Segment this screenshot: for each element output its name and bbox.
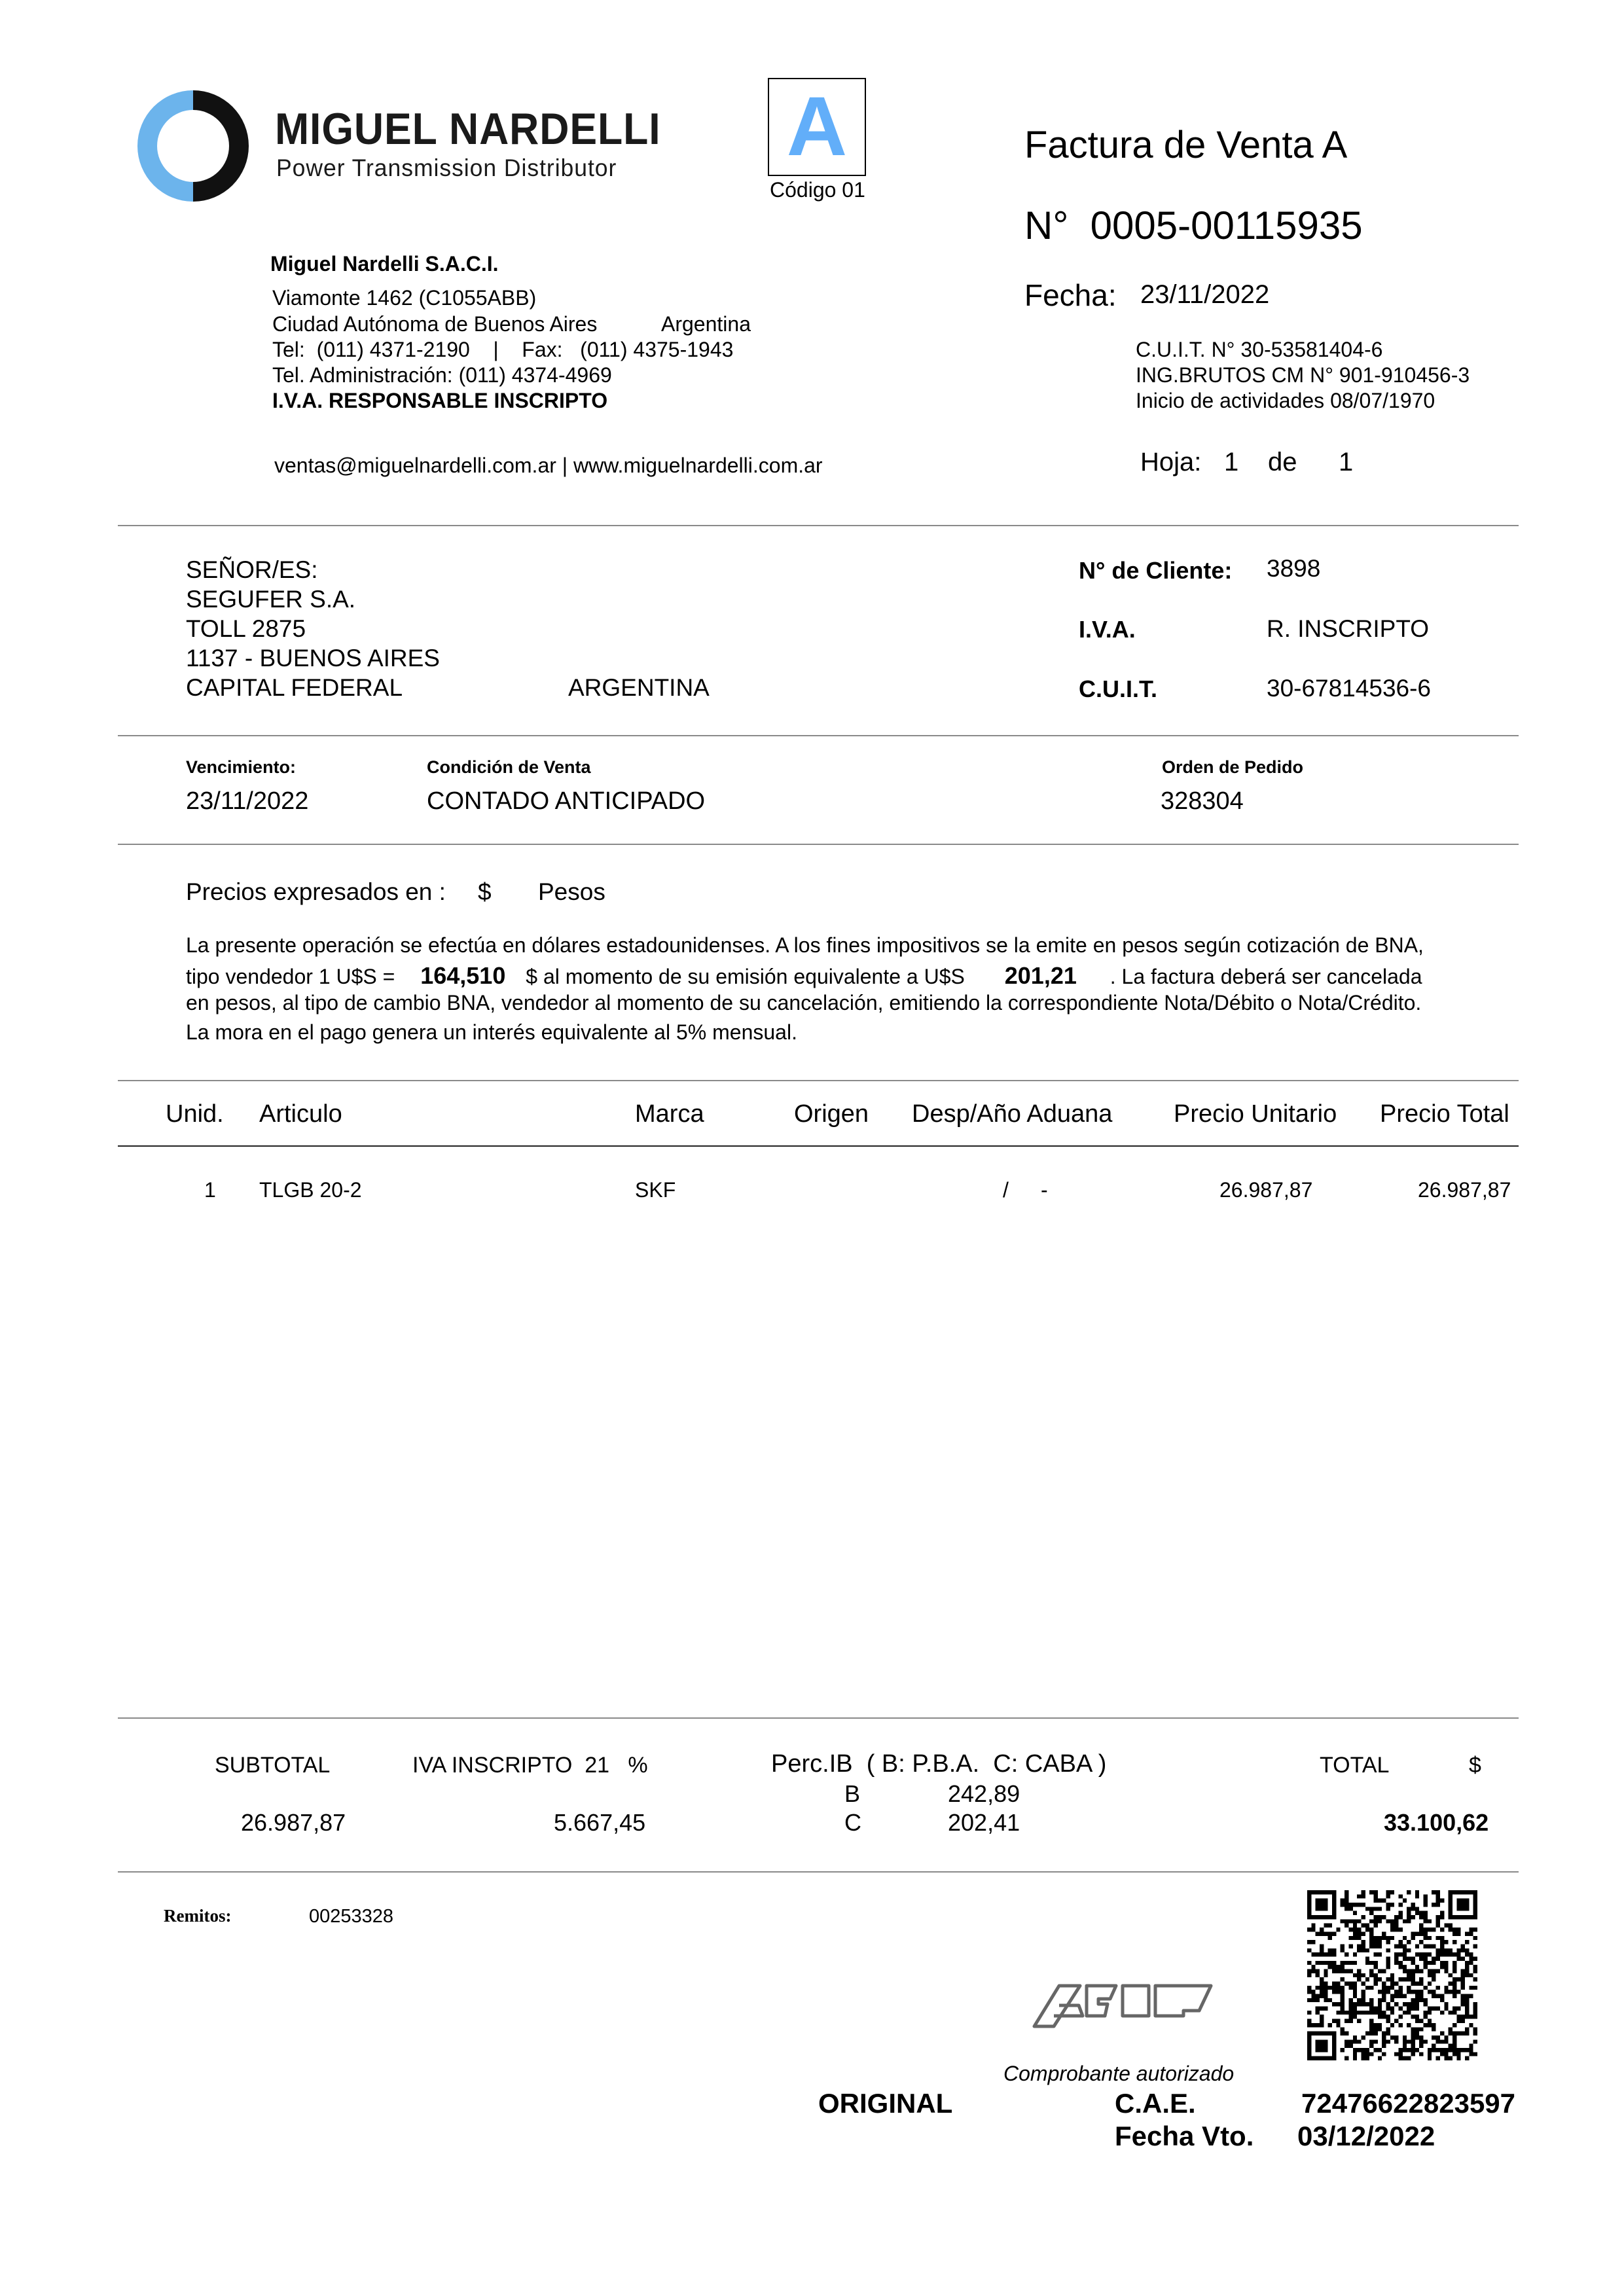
company-cuit: C.U.I.T. N° 30-53581404-6	[1136, 338, 1382, 362]
perc-c-value: 202,41	[948, 1809, 1020, 1837]
company-legal-name: Miguel Nardelli S.A.C.I.	[270, 252, 499, 276]
client-iva: R. INSCRIPTO	[1267, 615, 1429, 643]
usd-amount: 201,21	[1005, 962, 1077, 989]
invoice-date-label: Fecha:	[1024, 278, 1117, 313]
client-cuit-label: C.U.I.T.	[1079, 675, 1157, 703]
notice-rate-mid: $ al momento de su emisión equivalente a…	[526, 965, 965, 988]
divider	[118, 525, 1519, 526]
company-contact: ventas@miguelnardelli.com.ar | www.migue…	[274, 454, 823, 478]
due-date-label: Vencimiento:	[186, 757, 296, 778]
invoice-date: 23/11/2022	[1140, 280, 1269, 310]
due-date: 23/11/2022	[186, 787, 308, 816]
company-admin-phone: Tel. Administración: (011) 4374-4969	[272, 363, 612, 387]
client-name: SEGUFER S.A.	[186, 586, 355, 613]
row-precio-total: 26.987,87	[1418, 1178, 1511, 1202]
perc-ib-label: Perc.IB ( B: P.B.A. C: CABA )	[771, 1750, 1106, 1778]
order-label: Orden de Pedido	[1162, 757, 1303, 778]
client-number-label: N° de Cliente:	[1079, 557, 1232, 584]
company-brand-tagline: Power Transmission Distributor	[276, 154, 617, 182]
client-province: CAPITAL FEDERAL	[186, 674, 403, 702]
notice-line-1: La presente operación se efectúa en dóla…	[186, 933, 1424, 958]
iva-value: 5.667,45	[554, 1809, 645, 1837]
invoice-number: N° 0005-00115935	[1024, 203, 1363, 248]
company-iibb: ING.BRUTOS CM N° 901-910456-3	[1136, 363, 1470, 387]
page-of: de	[1268, 448, 1297, 477]
company-tax-status: I.V.A. RESPONSABLE INSCRIPTO	[272, 389, 607, 413]
row-marca: SKF	[635, 1178, 676, 1202]
notice-rate-prefix: tipo vendedor 1 U$S =	[186, 965, 395, 988]
notice-rate-suffix: . La factura deberá ser cancelada	[1110, 965, 1422, 988]
divider	[118, 1080, 1519, 1081]
row-desp-dash: -	[1041, 1178, 1048, 1202]
company-address: Viamonte 1462 (C1055ABB)	[272, 286, 536, 310]
notice-line-4: La mora en el pago genera un interés equ…	[186, 1020, 797, 1045]
company-country: Argentina	[661, 312, 751, 336]
invoice-number-label: N°	[1024, 204, 1068, 247]
subtotal-value: 26.987,87	[241, 1809, 346, 1837]
qr-code-icon	[1299, 1890, 1485, 2060]
remitos-value: 00253328	[309, 1906, 393, 1928]
client-cuit: 30-67814536-6	[1267, 675, 1431, 702]
perc-c-code: C	[844, 1809, 861, 1837]
notice-line-2: tipo vendedor 1 U$S = 164,510 $ al momen…	[186, 962, 1422, 990]
col-header-precio-total: Precio Total	[1380, 1100, 1509, 1128]
company-logo-ring-icon	[134, 87, 252, 205]
invoice-number-value: 0005-00115935	[1091, 204, 1363, 247]
company-start-date: Inicio de actividades 08/07/1970	[1136, 389, 1435, 413]
currency-name: Pesos	[538, 878, 605, 906]
divider	[118, 735, 1519, 736]
col-header-precio-unitario: Precio Unitario	[1174, 1100, 1337, 1128]
row-desp-slash: /	[1003, 1178, 1009, 1202]
col-header-marca: Marca	[635, 1100, 704, 1128]
col-header-unid: Unid.	[166, 1100, 224, 1128]
remitos-label: Remitos:	[164, 1906, 231, 1926]
company-city: Ciudad Autónoma de Buenos Aires	[272, 312, 597, 336]
subtotal-label: SUBTOTAL	[215, 1753, 330, 1778]
iva-label: IVA INSCRIPTO 21 %	[412, 1753, 648, 1778]
document-title: Factura de Venta A	[1024, 123, 1347, 167]
invoice-letter-box: A	[768, 78, 866, 176]
copy-type: ORIGINAL	[818, 2088, 952, 2119]
total-currency: $	[1469, 1753, 1481, 1778]
divider	[118, 1717, 1519, 1719]
page-total: 1	[1339, 448, 1353, 477]
client-salutation: SEÑOR/ES:	[186, 556, 318, 584]
sale-condition-label: Condición de Venta	[427, 757, 591, 778]
table-header-rule	[118, 1145, 1519, 1147]
notice-line-3: en pesos, al tipo de cambio BNA, vendedo…	[186, 991, 1421, 1015]
client-street: TOLL 2875	[186, 615, 306, 643]
cae-due-label: Fecha Vto.	[1115, 2121, 1254, 2152]
col-header-articulo: Articulo	[259, 1100, 342, 1128]
page-current: 1	[1224, 448, 1238, 477]
invoice-letter: A	[787, 85, 847, 169]
order-number: 328304	[1161, 787, 1244, 816]
currency-symbol: $	[478, 878, 492, 906]
afip-logo-icon	[1028, 1973, 1224, 2032]
client-country: ARGENTINA	[568, 674, 710, 702]
company-brand-name: MIGUEL NARDELLI	[275, 103, 661, 154]
cae-label: C.A.E.	[1115, 2088, 1196, 2119]
company-phones: Tel: (011) 4371-2190 | Fax: (011) 4375-1…	[272, 338, 733, 362]
perc-b-value: 242,89	[948, 1780, 1020, 1808]
col-header-origen: Origen	[794, 1100, 869, 1128]
row-articulo: TLGB 20-2	[259, 1178, 362, 1202]
page-label: Hoja:	[1140, 448, 1201, 477]
row-unid: 1	[204, 1178, 216, 1202]
divider	[118, 1871, 1519, 1873]
total-label: TOTAL	[1320, 1753, 1389, 1778]
col-header-desp: Desp/Año Aduana	[912, 1100, 1112, 1128]
row-precio-unitario: 26.987,87	[1219, 1178, 1312, 1202]
cae-number: 72476622823597	[1301, 2088, 1515, 2119]
divider	[118, 844, 1519, 845]
authorized-text: Comprobante autorizado	[1003, 2062, 1234, 2086]
client-number: 3898	[1267, 555, 1320, 583]
client-postal-city: 1137 - BUENOS AIRES	[186, 645, 440, 672]
client-iva-label: I.V.A.	[1079, 616, 1136, 643]
total-value: 33.100,62	[1384, 1809, 1489, 1837]
sale-condition: CONTADO ANTICIPADO	[427, 787, 705, 816]
perc-b-code: B	[844, 1780, 860, 1808]
exchange-rate: 164,510	[420, 962, 505, 989]
cae-due-date: 03/12/2022	[1297, 2121, 1435, 2152]
invoice-code: Código 01	[770, 178, 865, 202]
currency-label: Precios expresados en :	[186, 878, 446, 906]
